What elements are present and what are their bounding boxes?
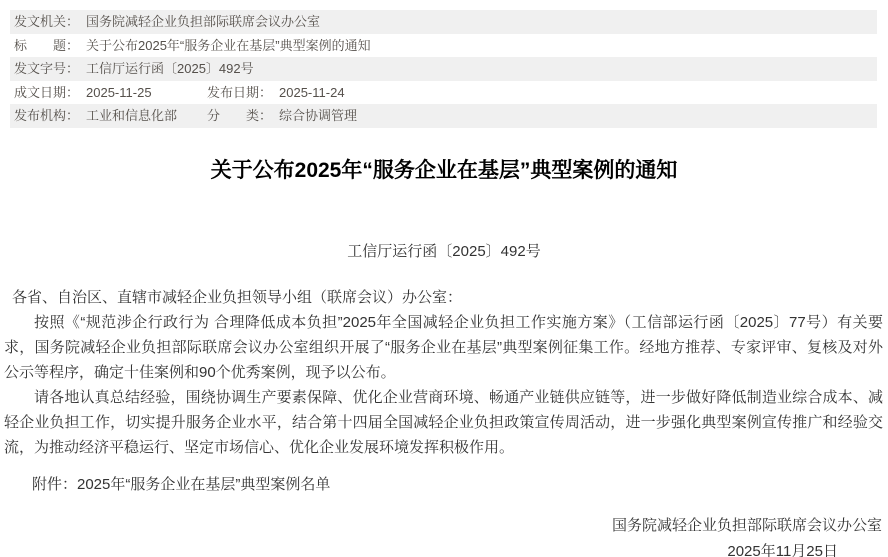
- meta-value-publisher: 工业和信息化部: [86, 108, 177, 123]
- meta-row-issuing-agency: 发文机关：国务院减轻企业负担部际联席会议办公室: [10, 10, 877, 34]
- page-title: 关于公布2025年“服务企业在基层”典型案例的通知: [0, 157, 888, 185]
- body-paragraph-2: 请各地认真总结经验，围绕协调生产要素保障、优化企业营商环境、畅通产业链供应链等，…: [4, 385, 883, 460]
- meta-label-written-date: 成文日期：: [14, 81, 79, 105]
- meta-cell-category: 分 类：综合协调管理: [207, 104, 357, 128]
- meta-value-category: 综合协调管理: [279, 108, 357, 123]
- meta-cell-publisher: 发布机构：工业和信息化部: [14, 104, 207, 128]
- meta-value-written-date: 2025-11-25: [86, 85, 152, 100]
- meta-value-issuing-agency: 国务院减轻企业负担部际联席会议办公室: [86, 14, 320, 29]
- meta-value-publish-date: 2025-11-24: [279, 85, 345, 100]
- meta-row-dates: 成文日期：2025-11-25发布日期：2025-11-24: [10, 81, 877, 105]
- document-body: 各省、自治区、直辖市减轻企业负担领导小组（联席会议）办公室： 按照《“规范涉企行…: [4, 285, 883, 497]
- signature-date: 2025年11月25日: [0, 539, 888, 557]
- meta-label-title: 标 题：: [14, 34, 79, 58]
- signer-name: 国务院减轻企业负担部际联席会议办公室: [0, 513, 888, 539]
- document-meta-table: 发文机关：国务院减轻企业负担部际联席会议办公室 标 题：关于公布2025年“服务…: [10, 10, 877, 128]
- meta-value-doc-number: 工信厅运行函〔2025〕492号: [86, 61, 254, 76]
- meta-row-doc-number: 发文字号：工信厅运行函〔2025〕492号: [10, 57, 877, 81]
- meta-value-title: 关于公布2025年“服务企业在基层”典型案例的通知: [86, 38, 371, 53]
- meta-row-publisher-category: 发布机构：工业和信息化部分 类：综合协调管理: [10, 104, 877, 128]
- meta-row-title: 标 题：关于公布2025年“服务企业在基层”典型案例的通知: [10, 34, 877, 58]
- doc-number-subtitle: 工信厅运行函〔2025〕492号: [0, 243, 888, 261]
- meta-label-doc-number: 发文字号：: [14, 57, 79, 81]
- meta-label-publisher: 发布机构：: [14, 104, 79, 128]
- body-paragraph-1: 按照《“规范涉企行政行为 合理降低成本负担”2025年全国减轻企业负担工作实施方…: [4, 310, 883, 385]
- meta-cell-written-date: 成文日期：2025-11-25: [14, 81, 207, 105]
- meta-label-publish-date: 发布日期：: [207, 81, 272, 105]
- meta-label-category: 分 类：: [207, 104, 272, 128]
- signature-block: 国务院减轻企业负担部际联席会议办公室 2025年11月25日: [0, 513, 888, 557]
- salutation: 各省、自治区、直辖市减轻企业负担领导小组（联席会议）办公室：: [4, 285, 883, 310]
- meta-cell-publish-date: 发布日期：2025-11-24: [207, 81, 345, 105]
- attachment-line: 附件：2025年“服务企业在基层”典型案例名单: [4, 472, 883, 497]
- meta-label-issuing-agency: 发文机关：: [14, 10, 79, 34]
